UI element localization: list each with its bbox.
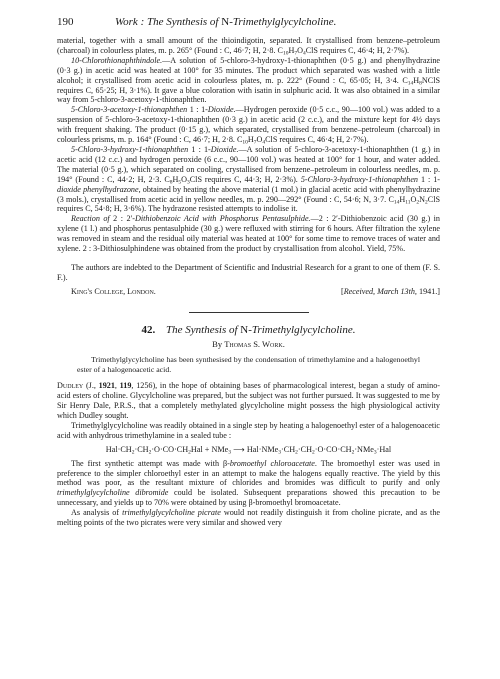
compound-heading: 10-Chlorothionaphthindole. — [71, 56, 162, 65]
paragraph-hydroxy-dioxide: 5-Chloro-3-hydroxy-1-thionaphthen 1 : 1-… — [57, 145, 440, 214]
journal-page: 190 Work : The Synthesis of N-Trimethylg… — [57, 14, 440, 528]
reaction-arrow-icon: ⟶ — [231, 445, 247, 454]
abstract: Trimethylglycylcholine has been synthesi… — [57, 355, 440, 374]
page-number: 190 — [57, 16, 74, 28]
paragraph-acetoxy-dioxide: 5-Chloro-3-acetoxy-1-thionaphthen 1 : 1-… — [57, 105, 440, 145]
running-title: Work : The Synthesis of N-Trimethylglycy… — [115, 16, 336, 28]
paragraph-chlorothionaphthindole: 10-Chlorothionaphthindole.—A solution of… — [57, 56, 440, 106]
author-name: Thomas S. Work. — [224, 339, 285, 349]
article-number: 42. — [142, 324, 156, 336]
intro-paragraph: Dudley (J., 1921, 119, 1256), in the hop… — [57, 381, 440, 421]
method-paragraph: Trimethylglycylcholine was readily obtai… — [57, 421, 440, 441]
compound-heading: 5-Chloro-3-hydroxy-1-thionaphthen — [71, 145, 188, 154]
section-divider — [189, 312, 309, 313]
running-head: 190 Work : The Synthesis of N-Trimethylg… — [57, 14, 440, 36]
article-title: 42. The Synthesis of N-Trimethylglycylch… — [57, 326, 440, 336]
reaction-equation: Hal·CH2·CH2·O·CO·CH2Hal + NMe3 ⟶ Hal·NMe… — [57, 445, 440, 455]
spacer — [57, 254, 440, 263]
byline: By Thomas S. Work. — [57, 340, 440, 350]
cited-author: Dudley — [57, 381, 83, 390]
page-body: material, together with a small amount o… — [57, 36, 440, 528]
compound-heading: Reaction of — [71, 214, 113, 223]
acknowledgement: The authors are indebted to the Departme… — [57, 263, 440, 283]
signature-line: King's College, London. [Received, March… — [57, 287, 440, 297]
received-date: [Received, March 13th, 1941.] — [341, 287, 440, 297]
paragraph-dithiobenzoic-reaction: Reaction of 2 : 2′-Dithiobenzoic Acid wi… — [57, 214, 440, 254]
compound-heading: 5-Chloro-3-acetoxy-1-thionaphthen — [71, 105, 187, 114]
institution: King's College, London. — [71, 287, 156, 297]
synthesis-paragraph: The first synthetic attempt was made wit… — [57, 459, 440, 509]
analysis-paragraph: As analysis of trimethylglycylcholine pi… — [57, 508, 440, 528]
paragraph-continued: material, together with a small amount o… — [57, 36, 440, 56]
